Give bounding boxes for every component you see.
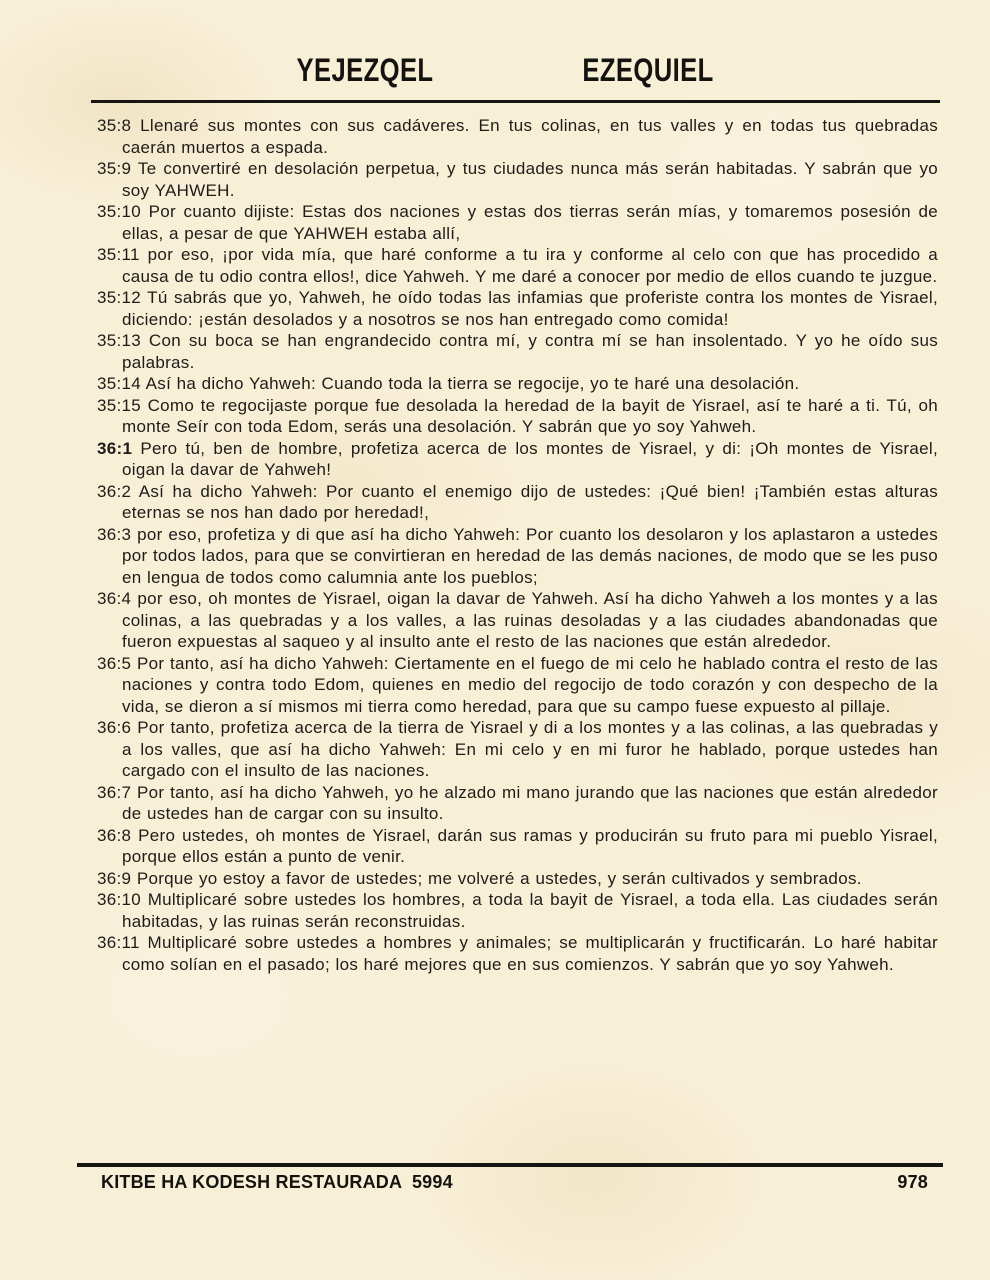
verse-ref: 35:12 [97,288,141,307]
verse-text: por eso, ¡por vida mía, que haré conform… [122,245,938,286]
verse-ref: 35:9 [97,159,131,178]
verse-ref: 35:14 [97,374,141,393]
verse-text: Tú sabrás que yo, Yahweh, he oído todas … [122,288,938,329]
verse-ref: 35:8 [97,116,131,135]
verse: 36:8 Pero ustedes, oh montes de Yisrael,… [97,825,938,868]
verse: 35:11 por eso, ¡por vida mía, que haré c… [97,244,938,287]
verse-text: Porque yo estoy a favor de ustedes; me v… [131,869,861,888]
verse-text: por eso, oh montes de Yisrael, oigan la … [122,589,938,651]
verse-text: Por tanto, así ha dicho Yahweh: Ciertame… [122,654,938,716]
verse-ref: 36:10 [97,890,141,909]
verse-ref: 35:15 [97,396,141,415]
verse: 36:5 Por tanto, así ha dicho Yahweh: Cie… [97,653,938,718]
document-page: YEJEZQEL EZEQUIEL 35:8 Llenaré sus monte… [0,0,990,1280]
verse-ref: 36:4 [97,589,131,608]
verse-ref: 35:11 [97,245,140,264]
verse-text: Por cuanto dijiste: Estas dos naciones y… [122,202,938,243]
verse-ref: 36:2 [97,482,131,501]
header-rule [91,100,940,103]
verse-text: Así ha dicho Yahweh: Cuando toda la tier… [141,374,799,393]
verse: 35:15 Como te regocijaste porque fue des… [97,395,938,438]
footer-book-title: KITBE HA KODESH RESTAURADA 5994 [101,1172,453,1193]
verse: 35:13 Con su boca se han engrandecido co… [97,330,938,373]
verse: 35:10 Por cuanto dijiste: Estas dos naci… [97,201,938,244]
verse: 35:14 Así ha dicho Yahweh: Cuando toda l… [97,373,938,395]
verse-text: Por tanto, así ha dicho Yahweh, yo he al… [122,783,938,824]
verse-text: Multiplicaré sobre ustedes a hombres y a… [122,933,938,974]
verse: 36:2 Así ha dicho Yahweh: Por cuanto el … [97,481,938,524]
verse-ref: 36:8 [97,826,131,845]
verse-list: 35:8 Llenaré sus montes con sus cadávere… [97,115,938,975]
verse-text: Así ha dicho Yahweh: Por cuanto el enemi… [122,482,938,523]
verse-text: Llenaré sus montes con sus cadáveres. En… [122,116,938,157]
verse: 35:9 Te convertiré en desolación perpetu… [97,158,938,201]
header-title-transliterated: YEJEZQEL [297,54,434,86]
verse-text: Con su boca se han engrandecido contra m… [122,331,938,372]
verse: 36:9 Porque yo estoy a favor de ustedes;… [97,868,938,890]
verse: 36:10 Multiplicaré sobre ustedes los hom… [97,889,938,932]
verse-ref: 36:3 [97,525,131,544]
footer-rule [77,1163,943,1167]
verse-ref: 36:5 [97,654,131,673]
verse: 36:7 Por tanto, así ha dicho Yahweh, yo … [97,782,938,825]
verse-ref: 36:6 [97,718,131,737]
verse: 36:1 Pero tú, ben de hombre, profetiza a… [97,438,938,481]
verse-text: Pero ustedes, oh montes de Yisrael, dará… [122,826,938,867]
verse: 36:3 por eso, profetiza y di que así ha … [97,524,938,589]
verse-text: Te convertiré en desolación perpetua, y … [122,159,938,200]
verse: 36:11 Multiplicaré sobre ustedes a hombr… [97,932,938,975]
footer-page-number: 978 [897,1172,928,1193]
page-footer: KITBE HA KODESH RESTAURADA 5994 978 [101,1172,928,1193]
verse-ref: 35:10 [97,202,141,221]
verse-text: Por tanto, profetiza acerca de la tierra… [122,718,938,780]
verse-text: Pero tú, ben de hombre, profetiza acerca… [122,439,938,480]
verse: 36:4 por eso, oh montes de Yisrael, oiga… [97,588,938,653]
verse-ref: 36:7 [97,783,131,802]
verse: 36:6 Por tanto, profetiza acerca de la t… [97,717,938,782]
verse-text: Multiplicaré sobre ustedes los hombres, … [122,890,938,931]
header-title-spanish: EZEQUIEL [582,54,713,86]
verse-text: Como te regocijaste porque fue desolada … [122,396,938,437]
verse-ref: 36:11 [97,933,140,952]
verse-ref: 35:13 [97,331,141,350]
verse-text: por eso, profetiza y di que así ha dicho… [122,525,938,587]
verse-ref: 36:9 [97,869,131,888]
verse-ref: 36:1 [97,439,132,458]
verse: 35:8 Llenaré sus montes con sus cadávere… [97,115,938,158]
verse: 35:12 Tú sabrás que yo, Yahweh, he oído … [97,287,938,330]
